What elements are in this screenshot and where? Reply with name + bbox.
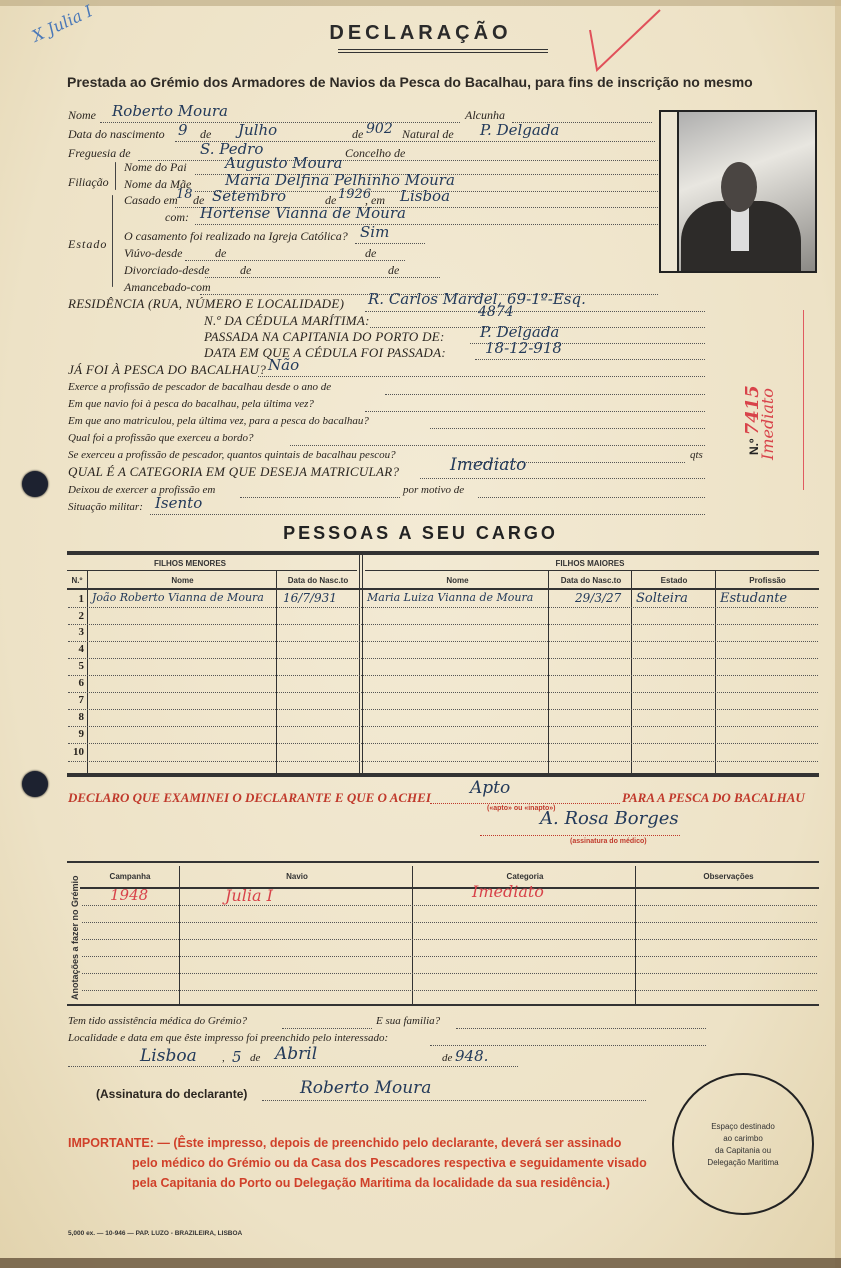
important-line-2: pelo médico do Grémio ou da Casa dos Pes…	[68, 1153, 647, 1173]
stamp-text: Espaço destinado	[674, 1121, 812, 1133]
local-field[interactable]: Lisboa	[140, 1046, 197, 1066]
paper-edge-bottom	[0, 1258, 841, 1268]
comma-label: ,	[222, 1052, 225, 1064]
punch-hole-icon	[22, 471, 48, 497]
local-year[interactable]: 948.	[455, 1047, 488, 1065]
row-line	[82, 922, 817, 923]
paper-edge-right	[835, 0, 841, 1268]
maiores-header: FILHOS MAIORES	[365, 559, 815, 568]
adult-child-profissao-cell[interactable]: Estudante	[720, 591, 787, 606]
important-notice: IMPORTANTE: — (Êste impresso, depois de …	[68, 1133, 647, 1193]
annotations-side-label: Anotações a fazer no Grémio	[70, 875, 80, 1000]
row-line	[82, 939, 817, 940]
nascimento-year[interactable]: 902	[366, 121, 393, 137]
title-underline	[338, 49, 548, 53]
casado-label: Casado em	[124, 193, 178, 208]
assinatura-label: (Assinatura do declarante)	[96, 1087, 247, 1101]
table-rule	[67, 570, 357, 571]
row-line	[68, 709, 818, 710]
cedula-field[interactable]: 4874	[478, 304, 514, 320]
printer-footer: 5,000 ex. — 10-946 — PAP. LUZO - BRAZILE…	[68, 1230, 242, 1237]
medico-signature-line	[480, 835, 680, 836]
menores-header: FILHOS MENORES	[90, 559, 290, 568]
categoria-label: QUAL É A CATEGORIA EM QUE DESEJA MATRICU…	[68, 464, 399, 480]
row-line	[68, 675, 818, 676]
local-day[interactable]: 5	[232, 1048, 242, 1066]
localidade-line	[68, 1066, 518, 1067]
adult-child-date-cell[interactable]: 29/3/27	[575, 591, 621, 605]
table-divider	[412, 866, 413, 1004]
de-label: de	[215, 246, 226, 261]
table-rule	[67, 861, 819, 863]
estado-brace	[112, 195, 113, 287]
igreja-label: O casamento foi realizado na Igreja Cató…	[124, 229, 348, 244]
navio-cell[interactable]: Julia I	[225, 886, 273, 905]
amancebado-label: Amancebado-com	[124, 280, 211, 295]
side-category: Imediato	[758, 388, 777, 460]
col-observacoes-header: Observações	[638, 872, 819, 881]
row-number: 5	[66, 660, 84, 672]
table-divider	[179, 866, 180, 1004]
igreja-field[interactable]: Sim	[360, 223, 389, 241]
localidade-label: Localidade e data em que êste impresso f…	[68, 1032, 388, 1044]
motivo-field[interactable]	[478, 497, 705, 498]
col-nome-header: Nome	[90, 576, 275, 585]
local-month[interactable]: Abril	[275, 1044, 317, 1064]
row-number: 4	[66, 643, 84, 655]
de-label: de	[442, 1052, 452, 1064]
motivo-label: por motivo de	[403, 484, 464, 496]
table-divider	[359, 555, 360, 773]
nome-field[interactable]: Roberto Moura	[112, 102, 228, 120]
row-line	[68, 624, 818, 625]
concelho-label: Concelho de	[345, 146, 405, 161]
categoria-field[interactable]: Imediato	[450, 455, 526, 475]
row-line	[68, 761, 818, 762]
declaro-label: DECLARO QUE EXAMINEI O DECLARANTE E QUE …	[68, 790, 431, 806]
capitania-label: PASSADA NA CAPITANIA DO PORTO DE:	[204, 329, 445, 345]
data-cedula-field[interactable]: 18-12-918	[485, 339, 562, 357]
row-number: 3	[66, 626, 84, 638]
table-rule	[67, 773, 819, 777]
militar-label: Situação militar:	[68, 501, 143, 513]
row-line	[68, 743, 818, 744]
child-date-cell[interactable]: 16/7/931	[283, 591, 337, 605]
medico-signature[interactable]: A. Rosa Borges	[540, 808, 679, 829]
table-divider	[362, 555, 363, 773]
row-line	[68, 641, 818, 642]
assistencia-label: Tem tido assistência médica do Grémio?	[68, 1015, 247, 1027]
com-label: com:	[165, 210, 189, 225]
residencia-label: RESIDÊNCIA (RUA, NÚMERO E LOCALIDADE)	[68, 296, 344, 312]
militar-line	[150, 514, 705, 515]
de-label: de	[250, 1052, 260, 1064]
natural-field[interactable]: P. Delgada	[480, 121, 559, 139]
stamp-area: Espaço destinado ao carimbo da Capitania…	[672, 1073, 814, 1215]
viuvo-label: Viúvo-desde	[124, 246, 182, 261]
de-label: de	[240, 263, 251, 278]
ja-foi-line	[258, 376, 705, 377]
table-rule	[80, 887, 819, 889]
document-title: DECLARAÇÃO	[0, 22, 841, 45]
residencia-line	[365, 311, 705, 312]
nascimento-day[interactable]: 9	[178, 121, 188, 139]
col-campanha-header: Campanha	[90, 872, 170, 881]
row-line	[82, 973, 817, 974]
col-nome2-header: Nome	[365, 576, 550, 585]
nascimento-label: Data do nascimento	[68, 127, 165, 142]
localidade-line	[430, 1045, 706, 1046]
categoria-cell[interactable]: Imediato	[472, 882, 544, 901]
casado-local[interactable]: Lisboa	[400, 187, 450, 205]
row-line	[82, 905, 817, 906]
apto-field[interactable]: Apto	[470, 778, 510, 798]
profissao-label: Qual foi a profissão que exerceu a bordo…	[68, 432, 253, 444]
filiacao-brace	[115, 162, 116, 190]
row-line	[82, 956, 817, 957]
ja-foi-field[interactable]: Não	[268, 356, 299, 374]
ano-field[interactable]	[430, 428, 705, 429]
document-subtitle: Prestada ao Grémio dos Armadores de Navi…	[67, 74, 753, 90]
signature-hint: (assinatura do médico)	[570, 838, 647, 845]
casado-day[interactable]: 18	[176, 187, 193, 202]
quintais-unit: qts	[690, 449, 703, 461]
important-line-3: pela Capitania do Porto ou Delegação Mar…	[68, 1173, 647, 1193]
row-number: 8	[66, 711, 84, 723]
row-number: 9	[66, 728, 84, 740]
col-data2-header: Data do Nasc.to	[550, 576, 632, 585]
ano-label: Em que ano matriculou, pela última vez, …	[68, 415, 369, 427]
table-rule	[67, 551, 819, 555]
cedula-label: N.º DA CÉDULA MARÍTIMA:	[204, 313, 370, 329]
igreja-line	[355, 243, 425, 244]
row-line	[68, 607, 818, 608]
assinatura-line	[262, 1100, 646, 1101]
declarante-signature[interactable]: Roberto Moura	[300, 1078, 431, 1098]
assistencia-field[interactable]	[282, 1028, 372, 1029]
divorciado-label: Divorciado-desde	[124, 263, 210, 278]
table-rule	[67, 1004, 819, 1006]
row-number: 1	[66, 593, 84, 605]
paper-edge-top	[0, 0, 841, 6]
profissao-field[interactable]	[290, 445, 705, 446]
col-profissao-header: Profissão	[716, 576, 819, 585]
estado-label: Estado	[68, 237, 107, 252]
nome-line	[100, 122, 460, 123]
row-number: 6	[66, 677, 84, 689]
col-data-header: Data do Nasc.to	[278, 576, 358, 585]
row-number: 10	[66, 746, 84, 758]
pai-field[interactable]: Augusto Moura	[225, 154, 342, 172]
familia-label: E sua familia?	[376, 1015, 440, 1027]
casado-month[interactable]: Setembro	[212, 187, 286, 205]
apto-line	[430, 803, 620, 804]
navio-label: Em que navio foi à pesca do bacalhau, pe…	[68, 398, 314, 410]
row-number: 7	[66, 694, 84, 706]
table-divider	[635, 866, 636, 1004]
row-line	[82, 990, 817, 991]
table-rule	[67, 588, 819, 590]
navio-field[interactable]	[365, 411, 705, 412]
freguesia-label: Freguesia de	[68, 146, 131, 161]
stamp-text: Delegação Maritima	[674, 1157, 812, 1169]
red-margin-line	[803, 310, 804, 490]
important-line-1: IMPORTANTE: — (Êste impresso, depois de …	[68, 1136, 621, 1150]
dependents-title: PESSOAS A SEU CARGO	[0, 523, 841, 544]
adult-child-name-cell[interactable]: Maria Luiza Vianna de Moura	[367, 591, 533, 604]
nascimento-month[interactable]: Julho	[238, 121, 277, 139]
campanha-cell[interactable]: 1948	[110, 886, 148, 904]
data-cedula-label: DATA EM QUE A CÉDULA FOI PASSADA:	[204, 345, 446, 361]
adult-child-estado-cell[interactable]: Solteira	[636, 591, 688, 606]
exerce-field[interactable]	[385, 394, 705, 395]
child-name-cell[interactable]: João Roberto Vianna de Moura	[92, 591, 264, 604]
table-rule	[365, 570, 819, 571]
com-field[interactable]: Hortense Vianna de Moura	[200, 204, 406, 222]
com-line	[195, 224, 658, 225]
militar-field[interactable]: Isento	[155, 494, 202, 512]
col-estado-header: Estado	[632, 576, 716, 585]
natural-label: Natural de	[402, 127, 454, 142]
data-cedula-line	[475, 359, 705, 360]
row-number: 2	[66, 610, 84, 622]
residencia-field[interactable]: R. Carlos Mardel, 69-1º-Esq.	[368, 290, 586, 308]
exerce-label: Exerce a profissão de pescador de bacalh…	[68, 381, 331, 393]
de-label: de	[365, 246, 376, 261]
id-photo	[659, 110, 817, 273]
de-label: de	[352, 127, 363, 142]
de-label: de	[388, 263, 399, 278]
col-navio-header: Navio	[182, 872, 412, 881]
punch-hole-icon	[22, 771, 48, 797]
col-num-header: N.º	[68, 576, 86, 585]
familia-field[interactable]	[456, 1028, 706, 1029]
ja-foi-label: JÁ FOI À PESCA DO BACALHAU?	[68, 362, 266, 378]
para-label: PARA A PESCA DO BACALHAU	[622, 790, 805, 806]
stamp-text: da Capitania ou	[674, 1145, 812, 1157]
deixou-field[interactable]	[240, 497, 400, 498]
stamp-text: ao carimbo	[674, 1133, 812, 1145]
filiacao-label: Filiação	[68, 175, 109, 190]
pai-label: Nome do Pai	[124, 160, 187, 175]
nome-label: Nome	[68, 108, 96, 123]
quintais-label: Se exerceu a profissão de pescador, quan…	[68, 449, 396, 461]
col-categoria-header: Categoria	[415, 872, 635, 881]
row-line	[68, 658, 818, 659]
row-line	[68, 726, 818, 727]
categoria-line	[420, 478, 705, 479]
row-line	[68, 692, 818, 693]
